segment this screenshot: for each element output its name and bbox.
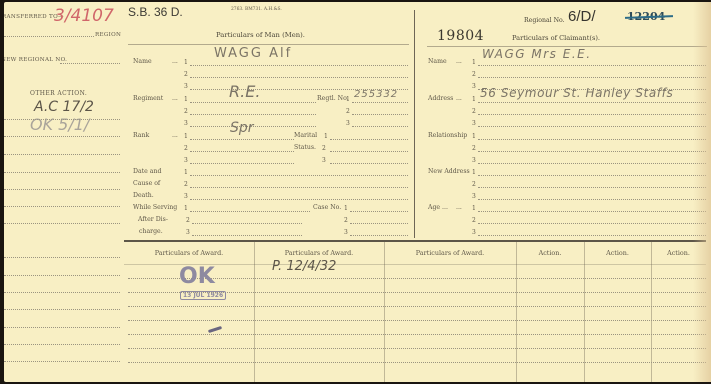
- line-number: 2: [472, 71, 476, 78]
- regiment-value: R.E.: [229, 82, 260, 101]
- file-number: 19804: [437, 28, 484, 44]
- case-no-line-1: [350, 211, 408, 212]
- marital-line-2: [330, 151, 408, 152]
- address-label: Address: [428, 95, 453, 102]
- rank-value: Spr: [230, 120, 254, 136]
- regtl-no-value: 255332: [354, 89, 398, 100]
- line-number: 2: [472, 108, 476, 115]
- claimant-section-title: Particulars of Claimant(s).: [512, 34, 600, 42]
- line-number: 2: [184, 145, 188, 152]
- col-divider: [584, 242, 585, 382]
- case-no-line-2: [350, 223, 408, 224]
- new-address-line-3: [478, 199, 706, 200]
- death-line-2: [190, 187, 408, 188]
- relationship-line-1: [478, 139, 706, 140]
- line-number: 2: [472, 145, 476, 152]
- left-line: [4, 309, 120, 310]
- man-section-title: Particulars of Man (Men).: [216, 31, 305, 39]
- claimant-name-label: Name: [428, 58, 447, 65]
- age-line-1: [478, 211, 706, 212]
- relationship-label: Relationship: [428, 132, 467, 139]
- ok-stamp-date: 13 JUL 1926: [180, 291, 226, 300]
- regional-no-label: Regional No.: [524, 17, 565, 24]
- new-regional-no-label: NEW REGIONAL NO.: [4, 57, 67, 63]
- award-table-top-rule: [124, 240, 706, 242]
- ink-mark: [208, 326, 222, 333]
- marital-line-1: [330, 139, 408, 140]
- case-no-line-3: [350, 235, 408, 236]
- line-number: 1: [184, 133, 188, 140]
- transferred-line: [4, 36, 94, 37]
- left-line: [4, 275, 120, 276]
- new-address-label: New Address: [428, 168, 470, 175]
- line-number: 3: [184, 83, 188, 90]
- col-divider: [254, 242, 255, 382]
- print-code: 2763. BM731. A.H.&S.: [231, 7, 282, 12]
- action-header-2: Action.: [584, 249, 651, 257]
- line-number: 1: [184, 59, 188, 66]
- line-number: 2: [184, 108, 188, 115]
- left-line: [4, 136, 120, 137]
- age-line-2: [478, 223, 706, 224]
- line-number: 1: [472, 133, 476, 140]
- death-label-3: Death.: [133, 192, 154, 199]
- line-number: 3: [344, 229, 348, 236]
- line-number: 3: [184, 157, 188, 164]
- line-number: 1: [472, 96, 476, 103]
- line-number: 2: [322, 145, 326, 152]
- line-number: 1: [184, 169, 188, 176]
- regiment-label: Regiment: [133, 95, 163, 102]
- left-line: [4, 223, 120, 224]
- man-name-line-1: [190, 65, 408, 66]
- address-line-3: [478, 126, 706, 127]
- region-label: REGION: [95, 32, 121, 38]
- award-row-line: [128, 334, 706, 335]
- status-label: Status.: [294, 144, 316, 151]
- transferred-to-value: 3/4107: [54, 6, 114, 26]
- left-line: [4, 172, 120, 173]
- regiment-line-2: [190, 114, 316, 115]
- line-number: 3: [184, 193, 188, 200]
- col-divider: [651, 242, 652, 382]
- award-row-line: [128, 362, 706, 363]
- form-id: S.B. 36 D.: [128, 5, 183, 19]
- line-number: 1: [184, 96, 188, 103]
- line-number: 1: [472, 205, 476, 212]
- line-number: 1: [472, 59, 476, 66]
- left-line: [4, 327, 120, 328]
- action-header-3: Action.: [651, 249, 706, 257]
- line-number: 3: [472, 229, 476, 236]
- rank-line-2: [190, 151, 294, 152]
- case-no-label: Case No.: [313, 204, 341, 211]
- claimant-name-value: WAGG Mrs E.E.: [482, 47, 592, 61]
- line-number: 3: [186, 229, 190, 236]
- line-number: 2: [184, 71, 188, 78]
- line-number: 2: [184, 181, 188, 188]
- line-number: 1: [184, 205, 188, 212]
- left-line: [4, 257, 120, 258]
- relationship-line-2: [478, 151, 706, 152]
- award-row-line: [128, 306, 706, 307]
- new-address-line-1: [478, 175, 706, 176]
- line-number: 2: [344, 217, 348, 224]
- man-name-label: Name: [133, 58, 152, 65]
- regiment-line-1: [190, 102, 316, 103]
- line-number: 1: [344, 205, 348, 212]
- left-line: [4, 361, 120, 362]
- marital-line-3: [330, 163, 408, 164]
- line-number: 1: [346, 96, 350, 103]
- col-divider: [384, 242, 385, 382]
- serving-label-2: After Dis-: [138, 216, 168, 223]
- other-action-entry-1: A.C 17/2: [34, 99, 94, 115]
- serving-line-3: [192, 235, 302, 236]
- serving-line-1: [190, 211, 310, 212]
- center-divider: [414, 10, 415, 238]
- award-entry-p: P. 12/4/32: [272, 259, 336, 274]
- address-line-2: [478, 114, 706, 115]
- regtl-no-line-3: [352, 126, 408, 127]
- award-header-1: Particulars of Award.: [124, 249, 254, 257]
- man-name-line-2: [190, 77, 408, 78]
- regtl-no-line-2: [352, 114, 408, 115]
- rank-line-3: [190, 163, 294, 164]
- regtl-no-line-1: [352, 102, 408, 103]
- left-line: [4, 189, 120, 190]
- line-number: 3: [472, 193, 476, 200]
- line-number: 2: [346, 108, 350, 115]
- line-number: 2: [472, 217, 476, 224]
- marital-label: Marital: [294, 132, 317, 139]
- ok-stamp: OK: [179, 264, 215, 289]
- left-line: [4, 292, 120, 293]
- line-number: 3: [184, 120, 188, 127]
- regional-no-struck: 12204: [627, 10, 665, 23]
- serving-label-3: charge.: [139, 228, 163, 235]
- award-row-line: [128, 348, 706, 349]
- death-line-3: [190, 199, 408, 200]
- man-title-rule: [128, 44, 409, 45]
- relationship-line-3: [478, 163, 706, 164]
- death-label-2: Cause of: [133, 180, 160, 187]
- award-header-3: Particulars of Award.: [384, 249, 516, 257]
- new-address-line-2: [478, 187, 706, 188]
- left-line: [4, 119, 120, 120]
- left-line: [4, 206, 120, 207]
- rank-line-1: [190, 139, 294, 140]
- death-line-1: [190, 175, 408, 176]
- other-action-entry-2: OK 5/1/: [30, 115, 89, 134]
- man-name-value: WAGG Alf: [214, 46, 292, 61]
- line-number: 3: [472, 120, 476, 127]
- new-regional-no-line: [60, 63, 120, 64]
- award-row-line: [128, 320, 706, 321]
- line-number: 1: [472, 169, 476, 176]
- col-divider: [516, 242, 517, 382]
- serving-line-2: [192, 223, 302, 224]
- age-label: Age ...: [428, 204, 448, 211]
- address-line-1: [478, 102, 706, 103]
- line-number: 3: [472, 157, 476, 164]
- death-label-1: Date and: [133, 168, 161, 175]
- line-number: 3: [346, 120, 350, 127]
- award-header-2: Particulars of Award.: [254, 249, 384, 257]
- rank-label: Rank: [133, 132, 149, 139]
- left-line: [4, 154, 120, 155]
- other-action-label: OTHER ACTION.: [30, 90, 87, 97]
- serving-label-1: While Serving: [133, 204, 177, 211]
- regional-no-value: 6/D/: [568, 8, 596, 25]
- line-number: 2: [186, 217, 190, 224]
- line-number: 2: [472, 181, 476, 188]
- line-number: 3: [322, 157, 326, 164]
- claimant-name-line-2: [478, 77, 706, 78]
- regtl-no-label: Regtl. No.: [317, 95, 349, 102]
- line-number: 1: [324, 133, 328, 140]
- action-header-1: Action.: [516, 249, 584, 257]
- age-line-3: [478, 235, 706, 236]
- address-value: 56 Seymour St. Hanley Staffs: [480, 86, 673, 100]
- line-number: 3: [472, 83, 476, 90]
- left-line: [4, 344, 120, 345]
- claimant-name-line-1: [478, 65, 706, 66]
- pension-record-card: TRANSFERRED TO— 3/4107 REGION NEW REGION…: [4, 2, 711, 382]
